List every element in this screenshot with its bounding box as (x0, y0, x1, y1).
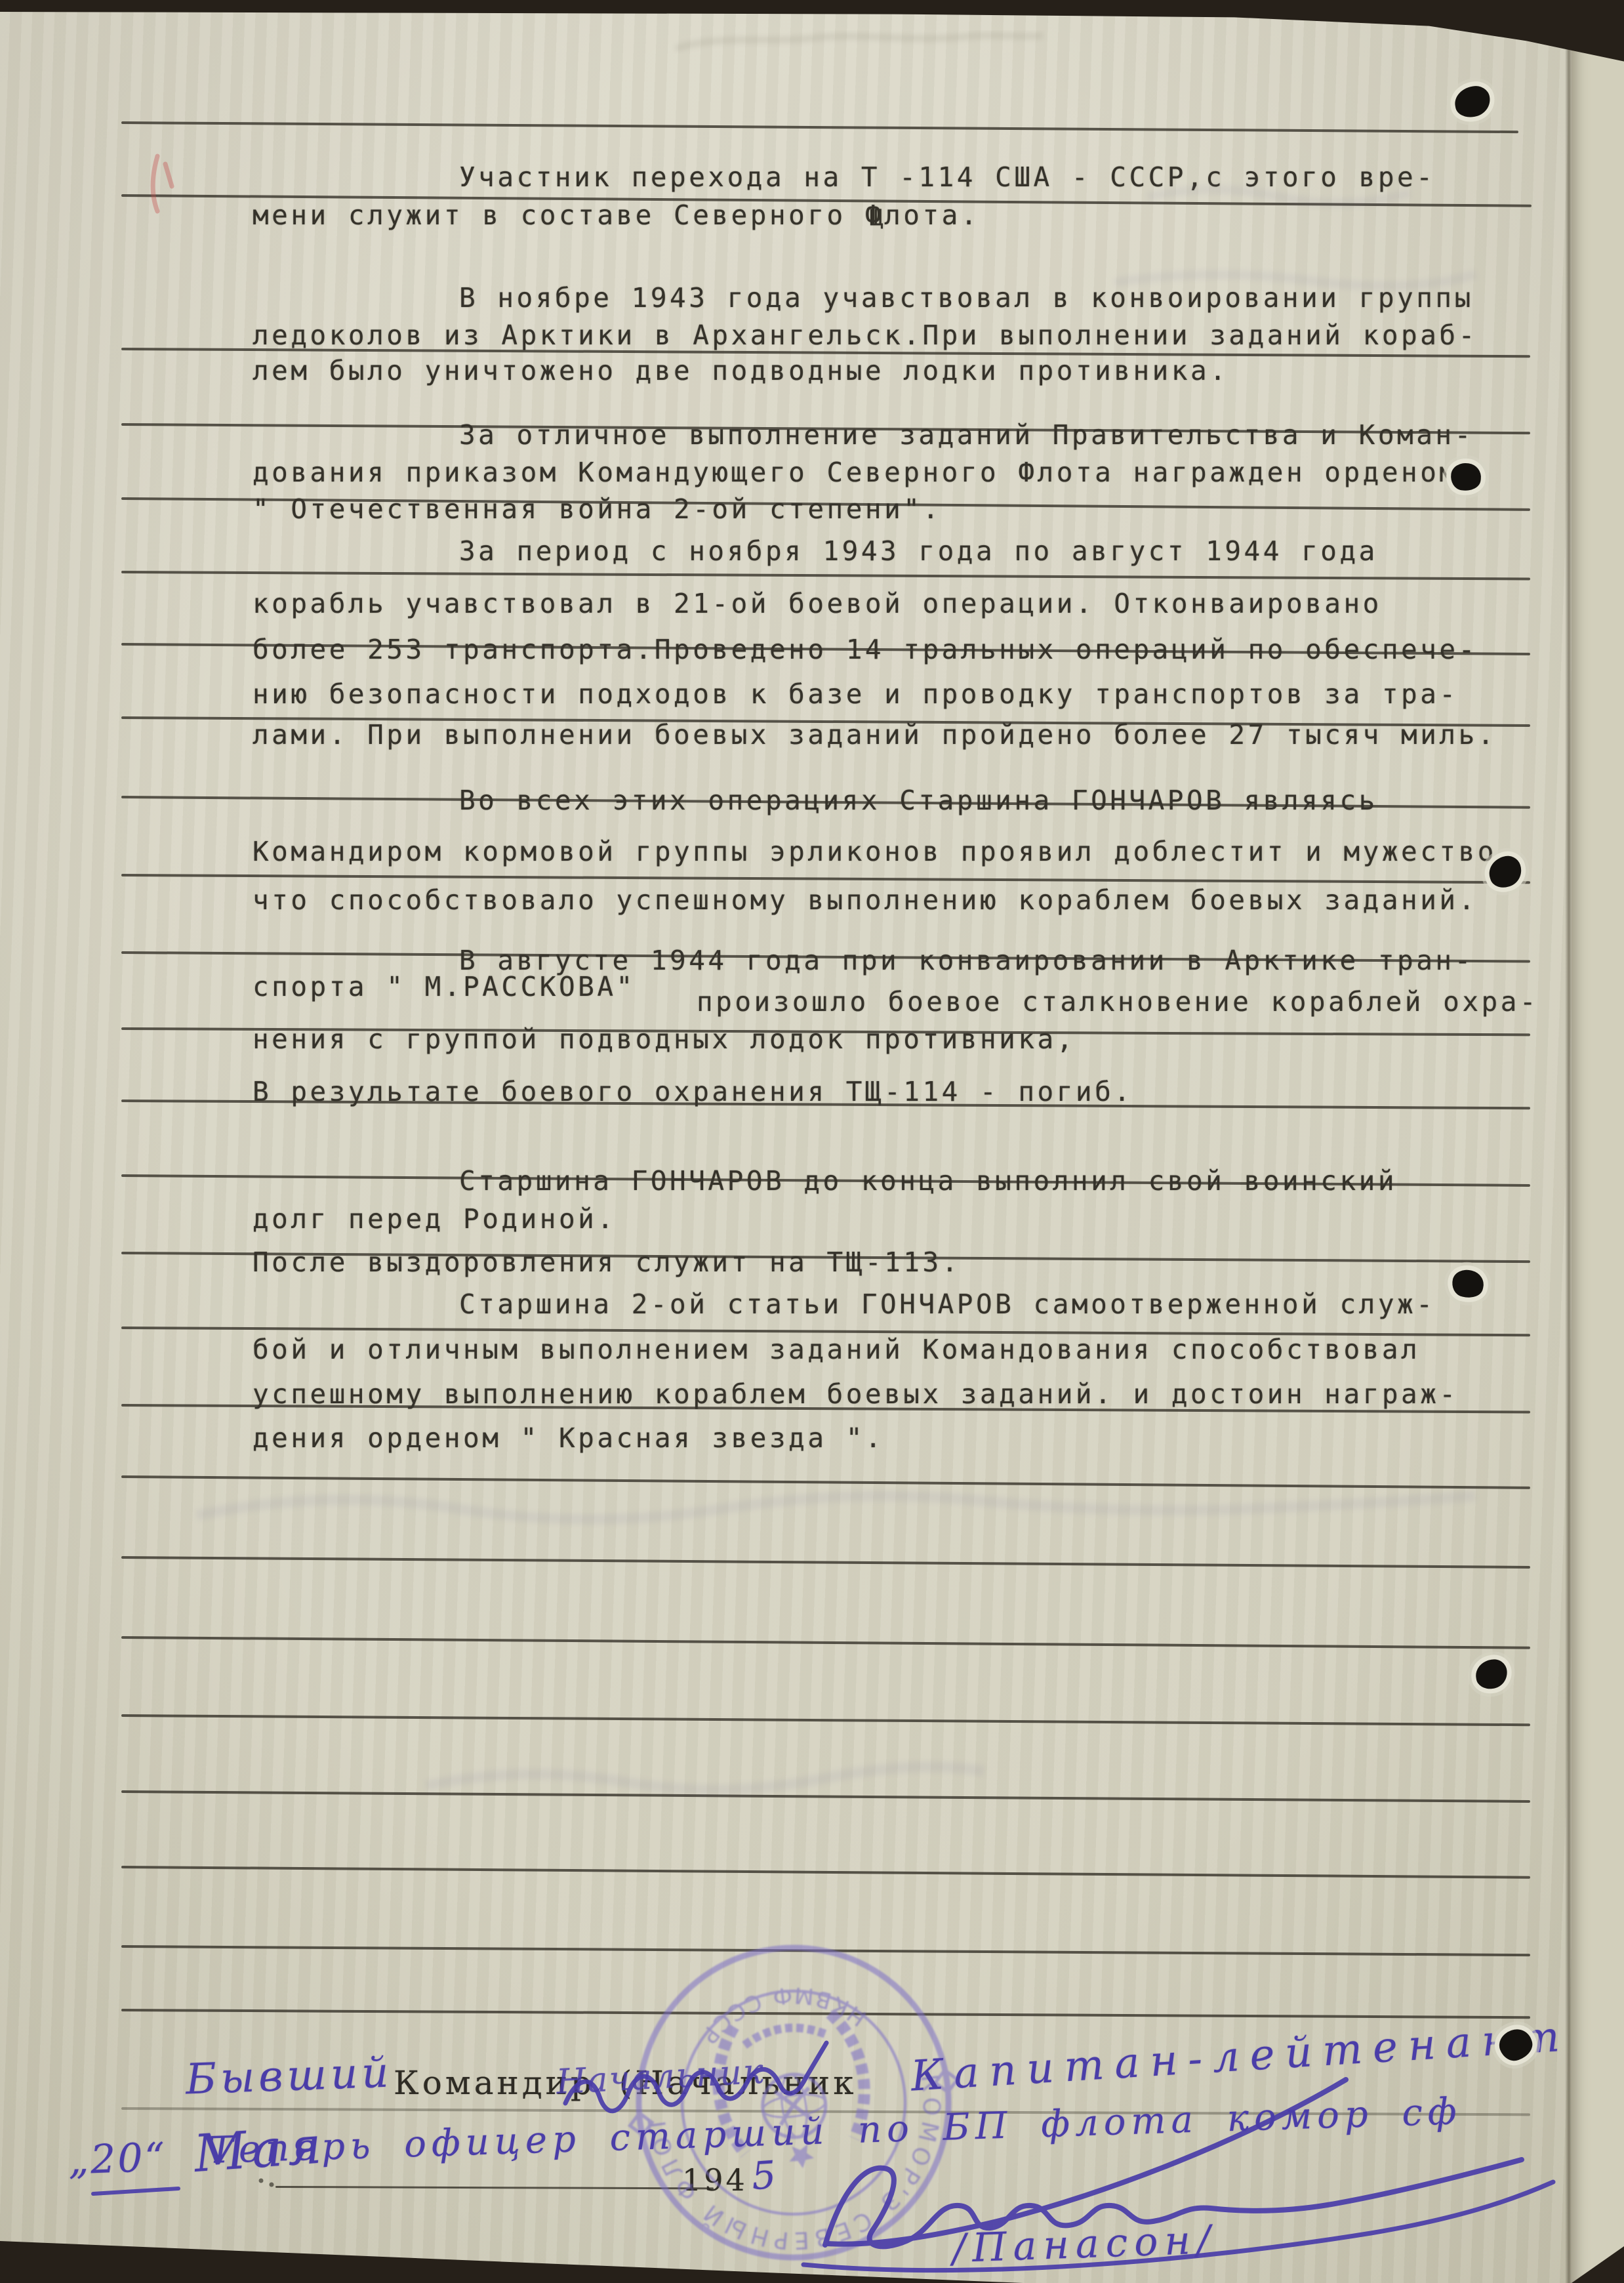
handwritten-date-month: Мая (192, 2116, 329, 2184)
pencil-ghost-stroke (676, 35, 1043, 49)
stamp-arc-top-text: КОМОР'З СЕВЕРНЫЙ ФЛОТ (643, 2072, 964, 2273)
handwritten-date-day: „20“ (68, 2134, 167, 2183)
date-dots (270, 2183, 274, 2187)
bleedthrough-ghost (197, 1496, 1476, 1519)
handwritten-year-digit: 5 (750, 2152, 778, 2198)
adjacent-page-edge (1572, 0, 1624, 2283)
ink-overlay: КОМОР'З СЕВЕРНЫЙ ФЛОТ НКВМФ СССР (0, 0, 1624, 2283)
day-underline (93, 2189, 178, 2194)
handwritten-name-parenthesized: /Панасон/ (952, 2217, 1217, 2272)
svg-text:КОМОР'З СЕВЕРНЫЙ ФЛОТ: КОМОР'З СЕВЕРНЫЙ ФЛОТ (643, 2072, 964, 2273)
handwritten-former-label: Бывший (185, 2049, 394, 2105)
bleedthrough-ghost (426, 1767, 984, 1790)
red-pencil-mark (153, 156, 172, 211)
archival-document-scan: Участник перехода на Т -114 США - СССР,с… (0, 0, 1624, 2283)
bleedthrough-ghost (1115, 190, 1476, 286)
